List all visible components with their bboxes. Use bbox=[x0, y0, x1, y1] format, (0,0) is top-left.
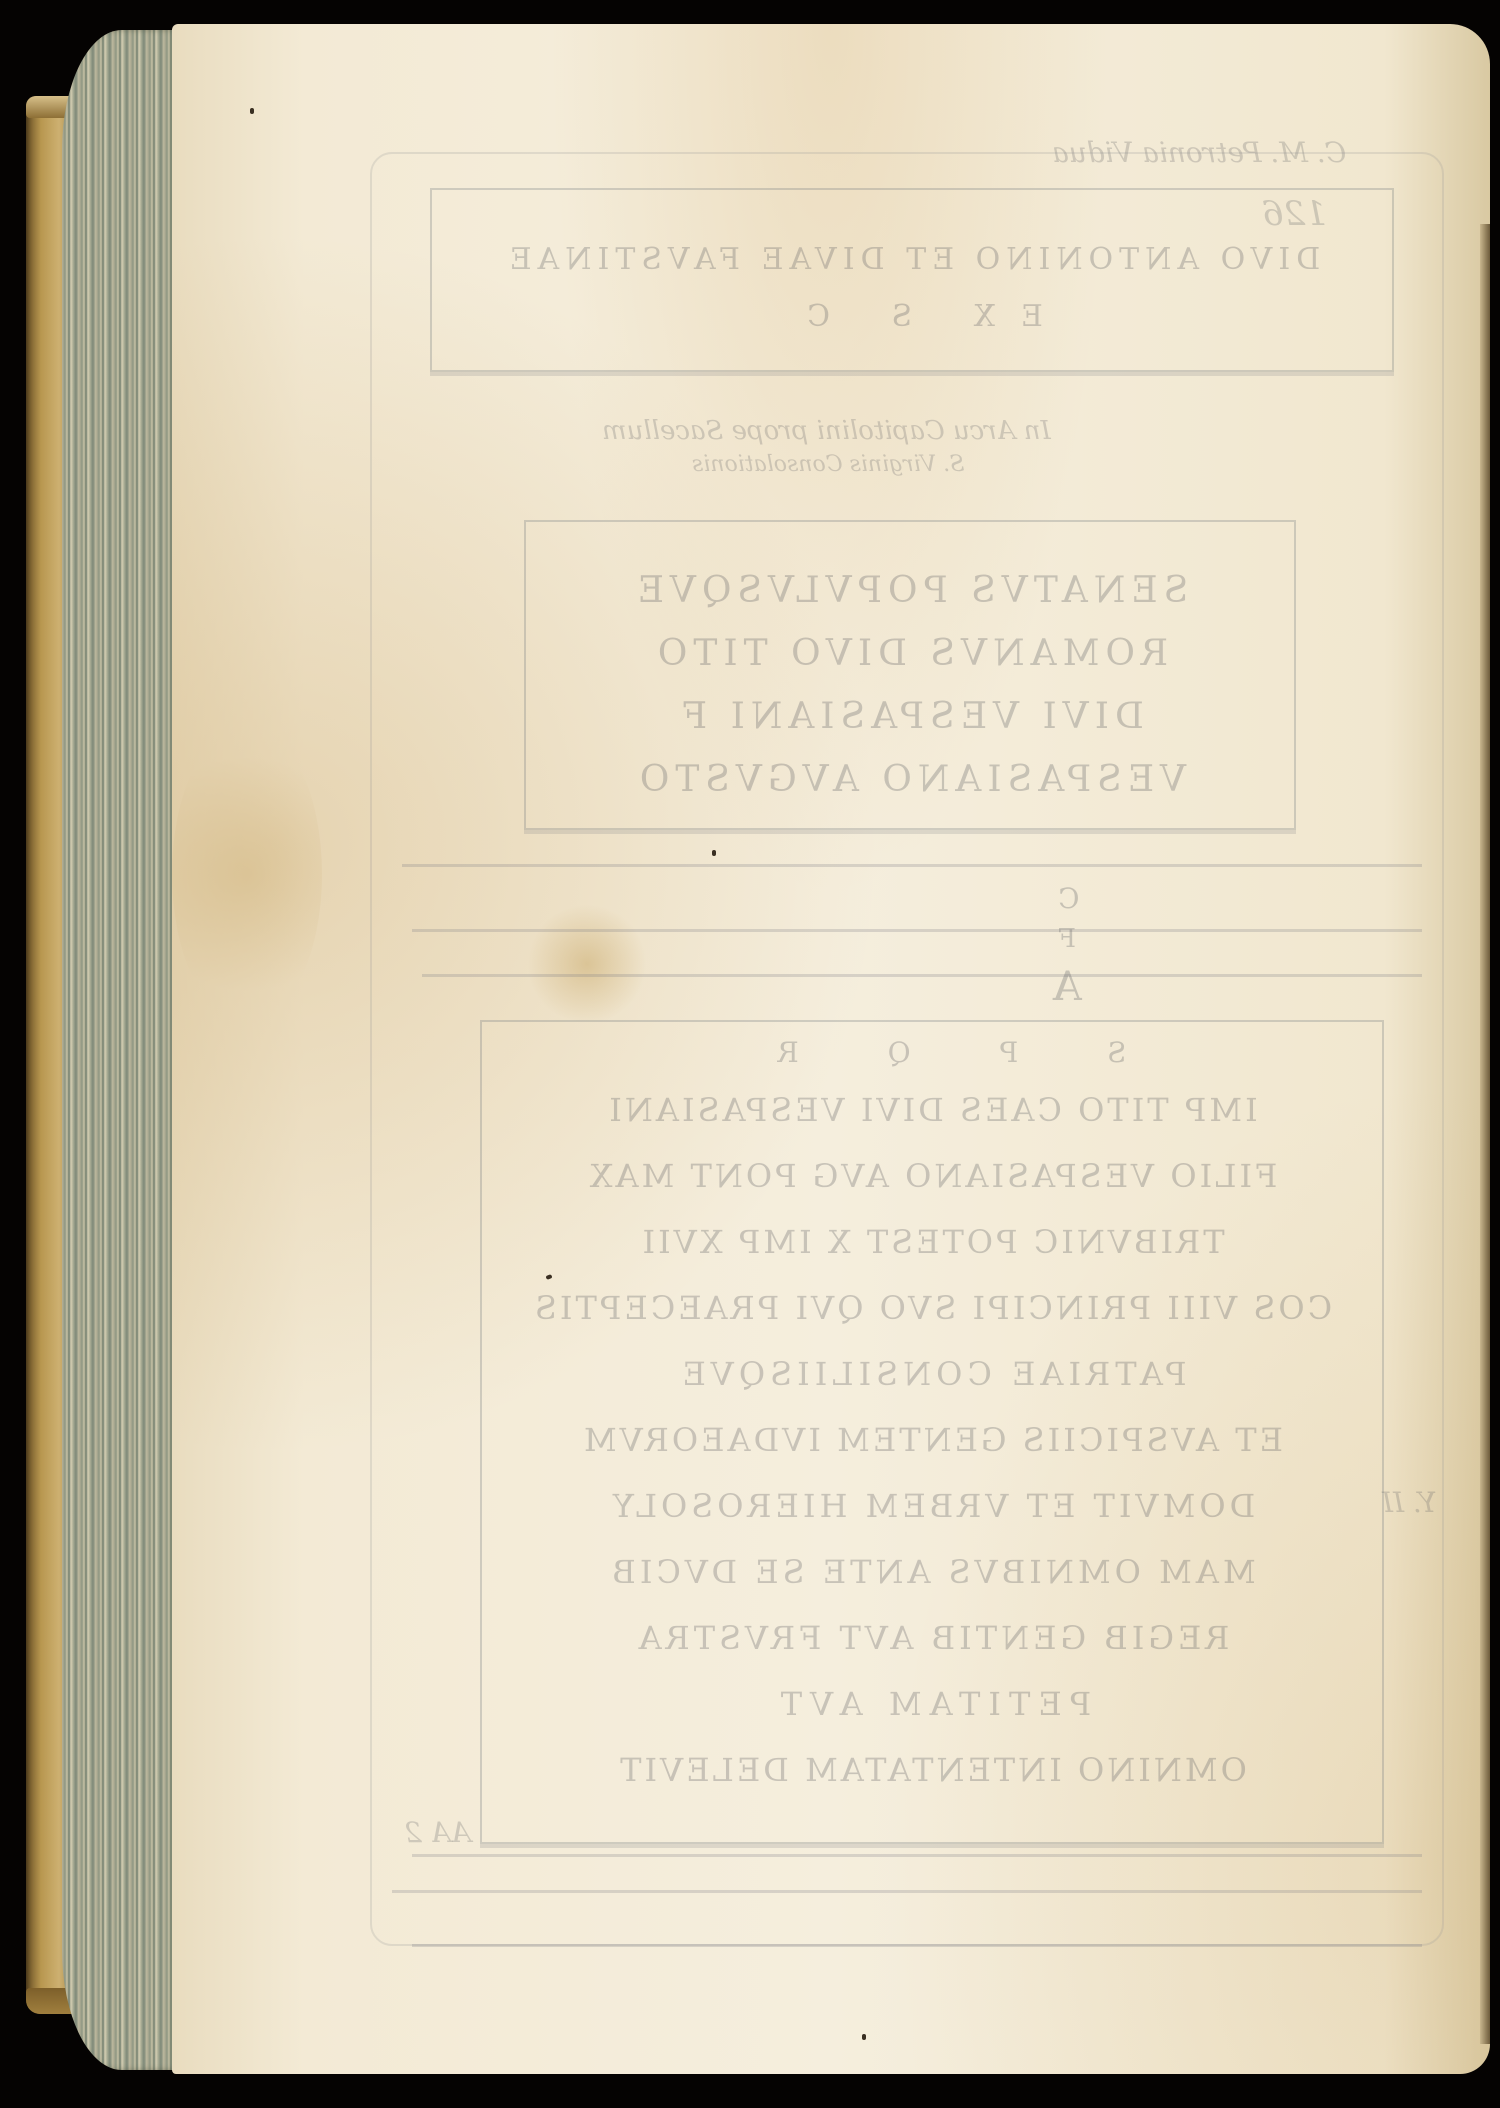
inscription-3-header: C bbox=[1052, 882, 1079, 915]
ink-speck bbox=[250, 108, 254, 114]
handwritten-caption-line: S. Virginis Consolationis bbox=[692, 452, 965, 477]
inscription-3-line: ET AVSPICIIS GENTEM IVDAEORVM bbox=[482, 1421, 1382, 1459]
inscription-2-line: ROMANVS DIVO TITO bbox=[526, 633, 1294, 674]
inscription-2-line: SENATVS POPVLVSQVE bbox=[526, 570, 1294, 611]
inscription-3-line: PETITAM AVT bbox=[482, 1685, 1382, 1723]
margin-note: Y. II bbox=[1382, 1486, 1437, 1519]
plate-rule bbox=[392, 1890, 1422, 1893]
inscription-2-line: DIVI VESPASIANI F bbox=[526, 696, 1294, 737]
inscription-1-line: DIVO ANTONINO ET DIVAE FAVSTINAE bbox=[432, 242, 1392, 277]
book-fore-edge bbox=[62, 30, 178, 2070]
inscription-3-line: IMP TITO CAES DIVI VESPASIANI bbox=[482, 1091, 1382, 1129]
inscription-3-line: PATRIAE CONSILIISQVE bbox=[482, 1355, 1382, 1393]
inscription-3-header: A bbox=[1047, 964, 1082, 1010]
plate-rule bbox=[412, 1944, 1422, 1947]
inscription-3-line: DOMVIT ET VRBEM HIEROSOLY bbox=[482, 1487, 1382, 1525]
inscription-3-line: COS VIII PRINCIPI SVO QVI PRAECEPTIS bbox=[482, 1289, 1382, 1327]
inscription-3-line: FILIO VESPASIANO AVG PONT MAX bbox=[482, 1157, 1382, 1195]
plate-rule bbox=[412, 929, 1422, 932]
inscription-2-frame: SENATVS POPVLVSQVE ROMANVS DIVO TITO DIV… bbox=[524, 520, 1296, 830]
handwritten-caption-line: In Arcu Capitolini prope Sacellum bbox=[602, 416, 1051, 446]
plate-rule bbox=[422, 974, 1422, 977]
inscription-3-line: OMNINO INTENTATAM DELEVIT bbox=[482, 1751, 1382, 1789]
ink-speck bbox=[862, 2034, 866, 2040]
inscription-2-line: VESPASIANO AVGVSTO bbox=[526, 759, 1294, 800]
inscription-3-header: F bbox=[1052, 924, 1076, 954]
inscription-3-line: REGIB GENTIB AVT FRVSTRA bbox=[482, 1619, 1382, 1657]
signature-mark: AA 2 bbox=[404, 1816, 471, 1849]
plate-rule bbox=[412, 1854, 1422, 1857]
page-edge-shadow bbox=[1480, 224, 1490, 2044]
inscription-3-line: TRIBVNIC POTEST X IMP XVII bbox=[482, 1223, 1382, 1261]
inscription-1-line: EX S C bbox=[432, 299, 1392, 334]
inscription-3-spqr: S P Q R bbox=[482, 1036, 1382, 1069]
inscription-3-frame: S P Q R IMP TITO CAES DIVI VESPASIANI FI… bbox=[480, 1020, 1384, 1844]
plate-rule bbox=[402, 864, 1422, 867]
inscription-1-frame: DIVO ANTONINO ET DIVAE FAVSTINAE EX S C bbox=[430, 188, 1394, 372]
foxing-stain bbox=[172, 724, 322, 1024]
inscription-3-line: MAM OMNIBVS ANTE SE DVCIB bbox=[482, 1553, 1382, 1591]
book-page: C. M. Petronia Vidua 126 DIVO ANTONINO E… bbox=[172, 24, 1490, 2074]
